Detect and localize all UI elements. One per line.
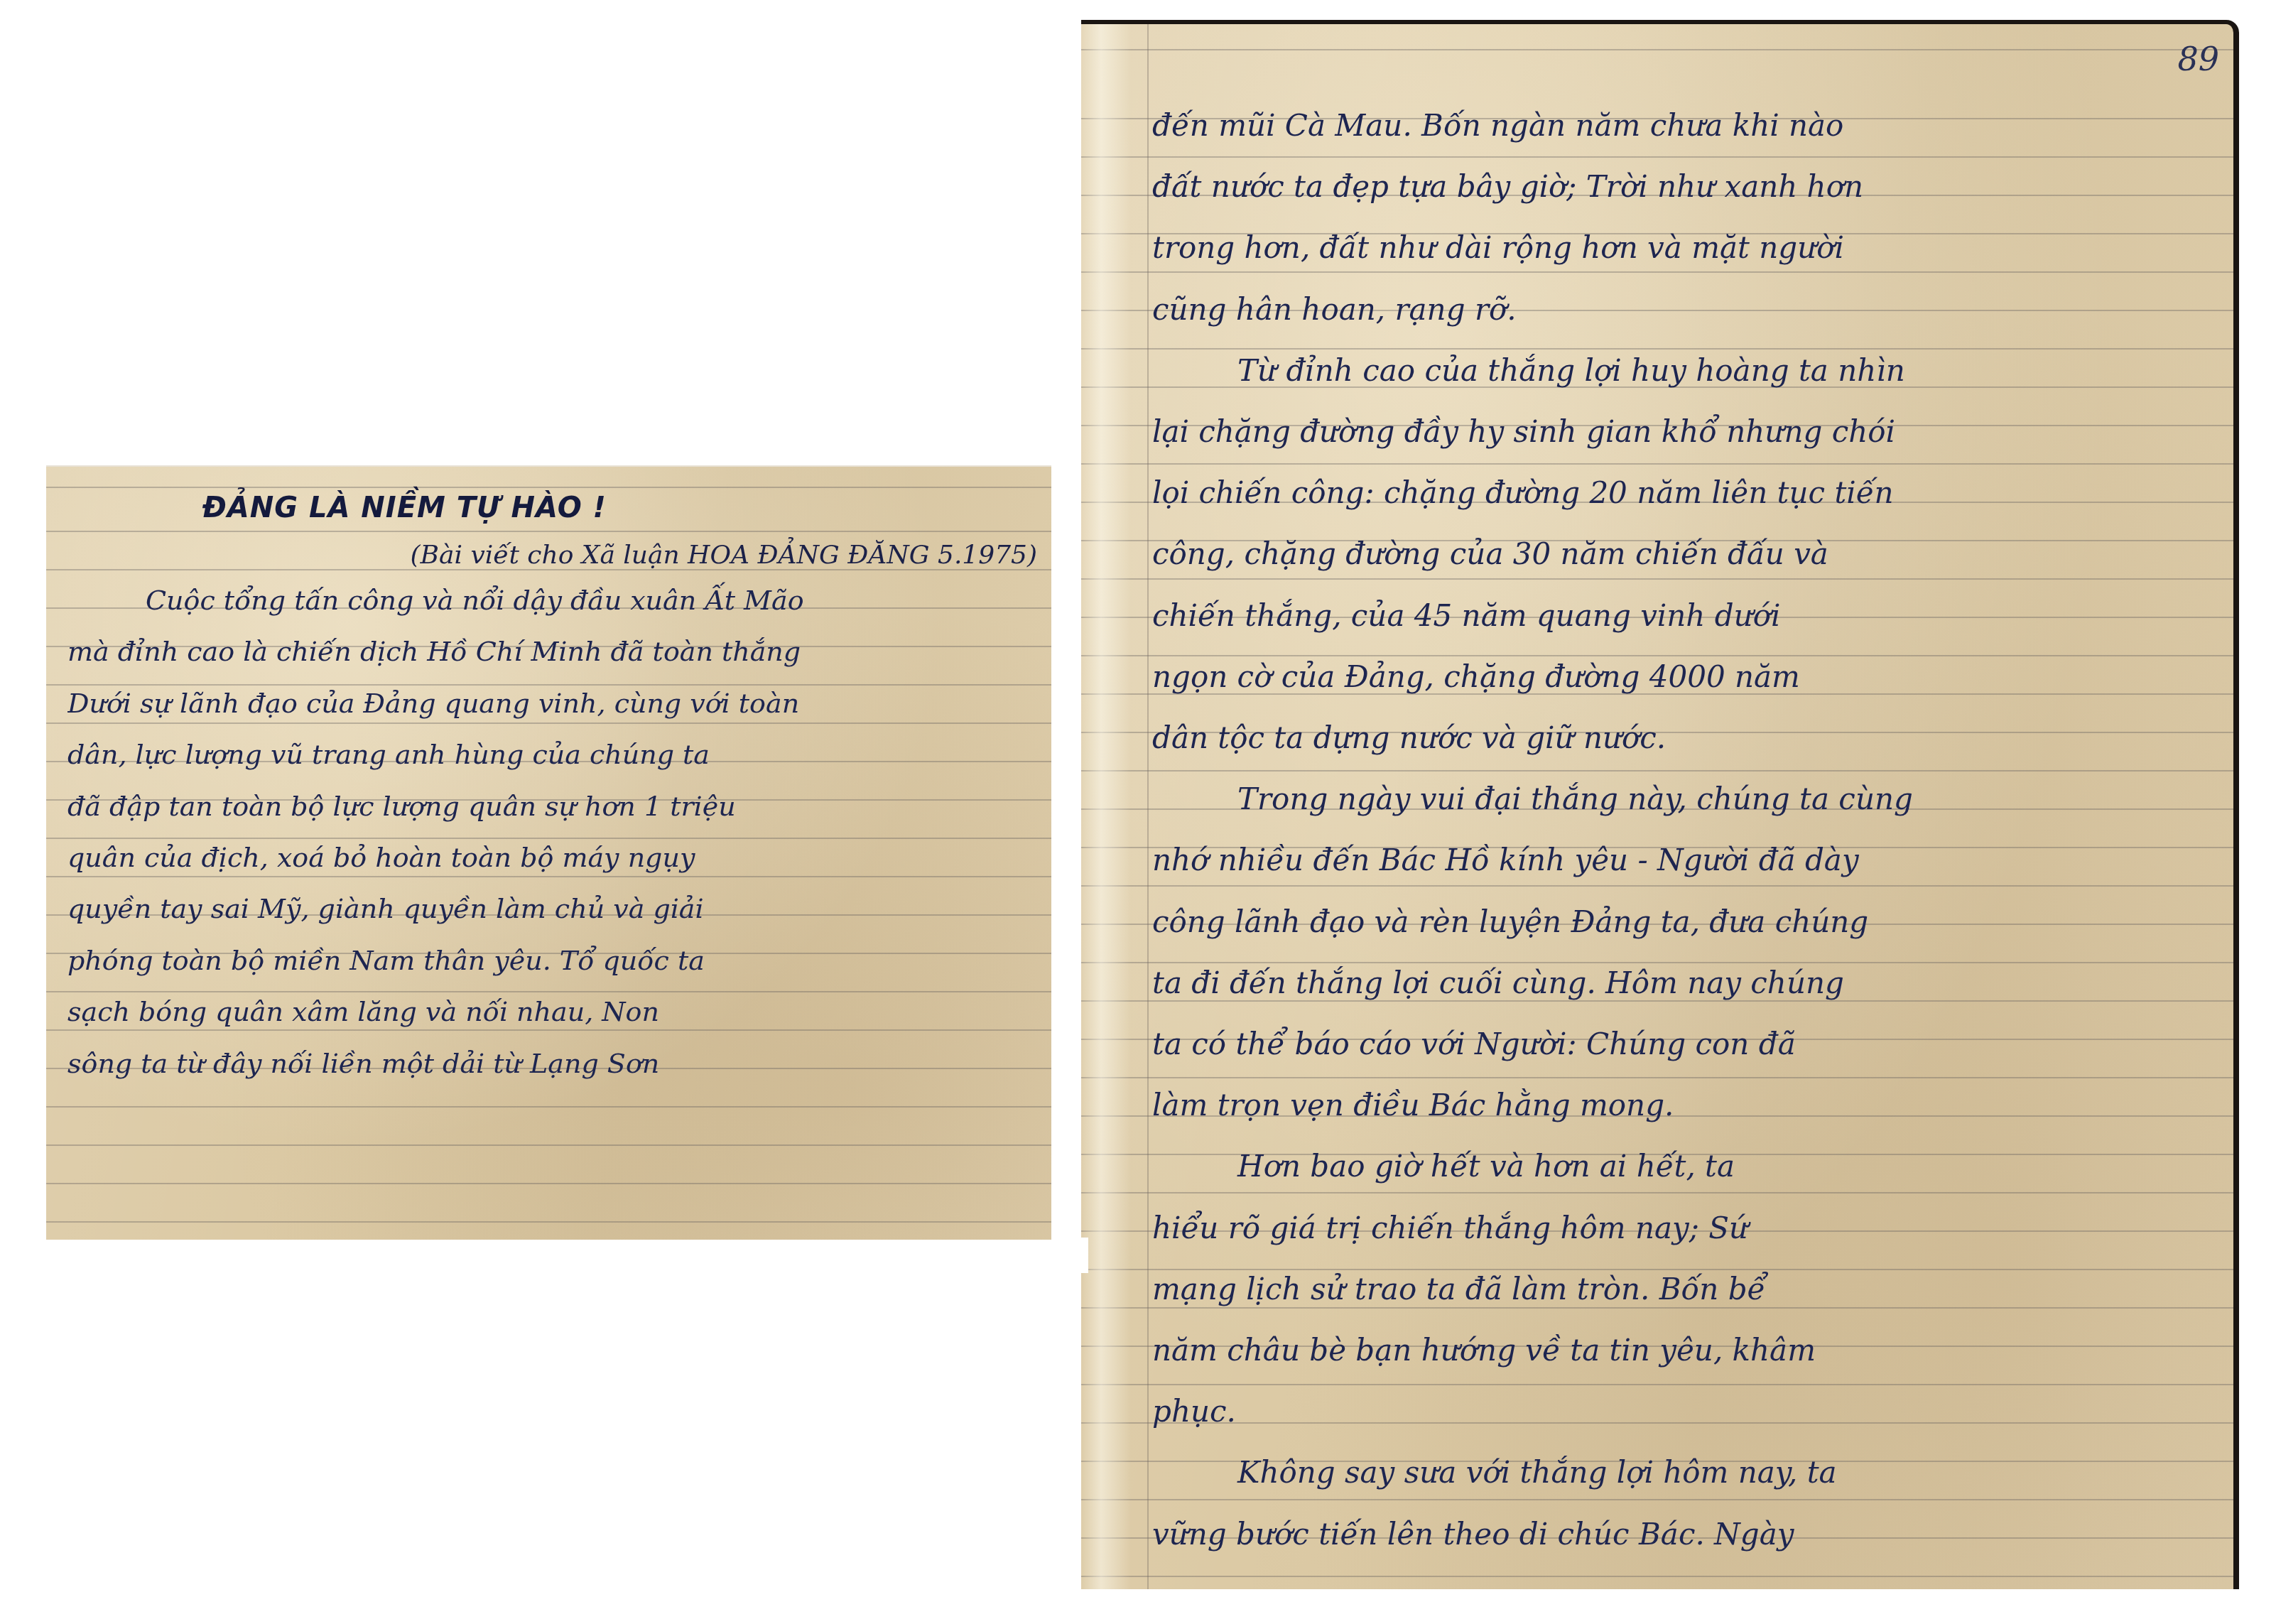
right-manuscript-page: 89 đến mũi Cà Mau. Bốn ngàn năm chưa khi… [1081, 20, 2239, 1589]
handwritten-line: cũng hân hoan, rạng rỡ. [1152, 279, 2219, 340]
page-number: 89 [2177, 40, 2219, 78]
handwritten-line: nhớ nhiều đến Bác Hồ kính yêu - Người đã… [1152, 830, 2219, 891]
paragraph-start-line: Không say sưa với thắng lợi hôm nay, ta [1152, 1442, 2219, 1503]
handwritten-line: trong hơn, đất như dài rộng hơn và mặt n… [1152, 217, 2219, 278]
right-page-content: đến mũi Cà Mau. Bốn ngàn năm chưa khi nà… [1152, 95, 2219, 1565]
handwritten-line: năm châu bè bạn hướng về ta tin yêu, khâ… [1152, 1320, 2219, 1381]
handwritten-line: ta có thể báo cáo với Người: Chúng con đ… [1152, 1014, 2219, 1075]
handwritten-line: sạch bóng quân xâm lăng và nối nhau, Non [67, 986, 1041, 1037]
handwritten-line: hiểu rõ giá trị chiến thắng hôm nay; Sứ [1152, 1198, 2219, 1259]
document-title: ĐẢNG LÀ NIỀM TỰ HÀO ! [202, 487, 1041, 529]
handwritten-line: chiến thắng, của 45 năm quang vinh dưới [1152, 585, 2219, 646]
handwritten-line: quân của địch, xoá bỏ hoàn toàn bộ máy n… [67, 832, 1041, 883]
paper-fold-highlight [1081, 24, 1131, 1589]
paragraph-start-line: Hơn bao giờ hết và hơn ai hết, ta [1152, 1136, 2219, 1197]
handwritten-line: đất nước ta đẹp tựa bây giờ; Trời như xa… [1152, 156, 2219, 217]
handwritten-line: quyền tay sai Mỹ, giành quyền làm chủ và… [67, 883, 1041, 934]
handwritten-line: Dưới sự lãnh đạo của Đảng quang vinh, cù… [67, 678, 1041, 729]
handwritten-line: Cuộc tổng tấn công và nổi dậy đầu xuân Ấ… [67, 575, 1041, 626]
paragraph-start-line: Từ đỉnh cao của thắng lợi huy hoàng ta n… [1152, 340, 2219, 401]
handwritten-line: sông ta từ đây nối liền một dải từ Lạng … [67, 1038, 1041, 1089]
handwritten-line: phóng toàn bộ miền Nam thân yêu. Tổ quốc… [67, 935, 1041, 986]
handwritten-line: mà đỉnh cao là chiến dịch Hồ Chí Minh đã… [67, 626, 1041, 677]
margin-line [1147, 24, 1149, 1589]
handwritten-line: dân, lực lượng vũ trang anh hùng của chú… [67, 729, 1041, 780]
handwritten-line: mạng lịch sử trao ta đã làm tròn. Bốn bể [1152, 1259, 2219, 1320]
handwritten-line: phục. [1152, 1381, 2219, 1442]
handwritten-line: vững bước tiến lên theo di chúc Bác. Ngà… [1152, 1504, 2219, 1565]
handwritten-line: đã đập tan toàn bộ lực lượng quân sự hơn… [67, 781, 1041, 832]
left-manuscript-page: ĐẢNG LÀ NIỀM TỰ HÀO ! (Bài viết cho Xã l… [46, 465, 1051, 1240]
handwritten-line: lọi chiến công: chặng đường 20 năm liên … [1152, 462, 2219, 524]
handwritten-line: công lãnh đạo và rèn luyện Đảng ta, đưa … [1152, 892, 2219, 953]
handwritten-line: dân tộc ta dựng nước và giữ nước. [1152, 708, 2219, 769]
handwritten-line: đến mũi Cà Mau. Bốn ngàn năm chưa khi nà… [1152, 95, 2219, 156]
left-page-content: ĐẢNG LÀ NIỀM TỰ HÀO ! (Bài viết cho Xã l… [67, 487, 1041, 1089]
handwritten-line: công, chặng đường của 30 năm chiến đấu v… [1152, 524, 2219, 585]
handwritten-line: làm trọn vẹn điều Bác hằng mong. [1152, 1075, 2219, 1136]
paragraph-start-line: Trong ngày vui đại thắng này, chúng ta c… [1152, 769, 2219, 830]
handwritten-line: ta đi đến thắng lợi cuối cùng. Hôm nay c… [1152, 953, 2219, 1014]
torn-edge-notch [1080, 1238, 1088, 1273]
handwritten-line: lại chặng đường đầy hy sinh gian khổ như… [1152, 401, 2219, 462]
document-subtitle: (Bài viết cho Xã luận HOA ĐẢNG ĐĂNG 5.19… [67, 536, 1037, 575]
handwritten-line: ngọn cờ của Đảng, chặng đường 4000 năm [1152, 646, 2219, 708]
